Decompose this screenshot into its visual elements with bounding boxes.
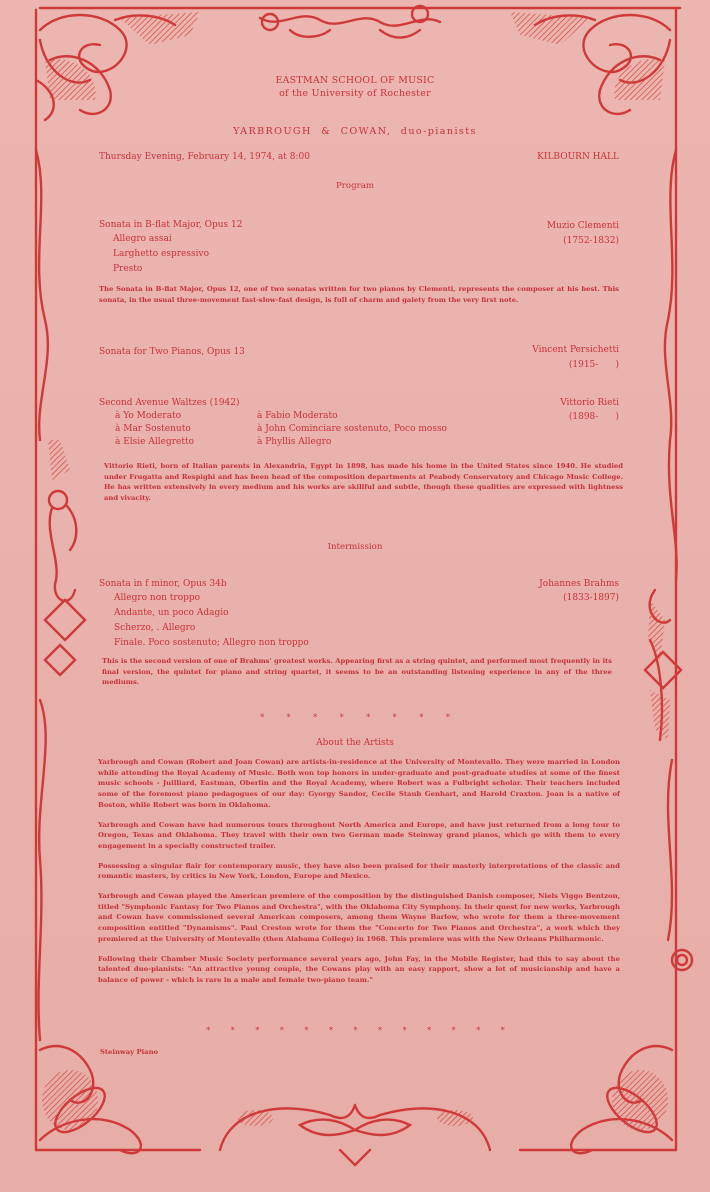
program-sheet: EASTMAN SCHOOL OF MUSIC of the Universit…	[0, 0, 710, 1192]
movement-list: Allegro non troppo Andante, un poco Adag…	[99, 591, 599, 651]
intermission-heading: Intermission	[0, 541, 710, 554]
work-title: Sonata in B-flat Major, Opus 12	[99, 219, 619, 232]
concert-title: YARBROUGH & COWAN, duo-pianists	[0, 125, 710, 138]
program-heading: Program	[0, 180, 710, 193]
movement-list: Allegro assai Larghetto espressivo Prest…	[99, 232, 619, 277]
composer-rieti: Vittorio Rieti (1898- )	[560, 396, 619, 424]
work-title-persichetti: Sonata for Two Pianos, Opus 13	[99, 346, 245, 359]
work-title: Second Avenue Waltzes (1942)	[99, 397, 579, 410]
movement: Larghetto espressivo	[113, 247, 619, 262]
program-note-rieti: Vittorio Rieti, born of Italian parents …	[104, 461, 623, 503]
bio-paragraph: Yarbrough and Cowan (Robert and Joan Cow…	[98, 757, 620, 811]
bio-paragraph: Following their Chamber Music Society pe…	[98, 954, 620, 986]
composer-name: Vittorio Rieti	[560, 396, 619, 410]
composer-name: Muzio Clementi	[547, 219, 619, 234]
work-rieti: Second Avenue Waltzes (1942) à Yo Modera…	[99, 397, 579, 449]
waltz: à Yo Moderato	[115, 410, 257, 423]
waltz: à John Cominciare sostenuto, Poco mosso	[257, 423, 497, 436]
movement: Scherzo, . Allegro	[114, 621, 599, 636]
separator-stars-bottom: * * * * * * * * * * * * *	[0, 1024, 710, 1037]
waltz: à Elsie Allegretto	[115, 436, 257, 449]
concert-venue: KILBOURN HALL	[537, 151, 619, 164]
composer-dates: (1915- )	[532, 358, 619, 373]
composer-clementi: Muzio Clementi (1752-1832)	[547, 219, 619, 249]
composer-dates: (1752-1832)	[547, 234, 619, 249]
bio-paragraph: Yarbrough and Cowan have had numerous to…	[98, 820, 620, 852]
movement: Allegro assai	[113, 232, 619, 247]
work-title: Sonata in f minor, Opus 34b	[99, 577, 599, 591]
footer-note: Steinway Piano	[100, 1046, 158, 1059]
bio-paragraph: Yarbrough and Cowan played the American …	[98, 891, 620, 945]
movement: Presto	[113, 262, 619, 277]
composer-dates: (1898- )	[560, 410, 619, 424]
movement: Andante, un poco Adagio	[114, 606, 599, 621]
waltz: à Fabio Moderato	[257, 410, 497, 423]
composer-name: Vincent Persichetti	[532, 343, 619, 358]
composer-name: Johannes Brahms	[539, 577, 619, 591]
waltz: à Phyllis Allegro	[257, 436, 497, 449]
composer-dates: (1833-1897)	[539, 591, 619, 605]
school-name: EASTMAN SCHOOL OF MUSIC	[0, 74, 710, 87]
program-content: EASTMAN SCHOOL OF MUSIC of the Universit…	[0, 0, 710, 1192]
composer-persichetti: Vincent Persichetti (1915- )	[532, 343, 619, 373]
about-heading: About the Artists	[0, 737, 710, 750]
waltz: à Mar Sostenuto	[115, 423, 257, 436]
movement: Finale. Poco sostenuto; Allegro non trop…	[114, 636, 599, 651]
about-artists: Yarbrough and Cowan (Robert and Joan Cow…	[98, 757, 620, 986]
separator-stars: * * * * * * * *	[0, 711, 710, 724]
concert-date: Thursday Evening, February 14, 1974, at …	[99, 151, 310, 164]
composer-brahms: Johannes Brahms (1833-1897)	[539, 577, 619, 605]
school-heading: EASTMAN SCHOOL OF MUSIC of the Universit…	[0, 74, 710, 100]
bio-paragraph: Possessing a singular flair for contempo…	[98, 861, 620, 882]
work-clementi: Sonata in B-flat Major, Opus 12 Allegro …	[99, 219, 619, 277]
program-note-clementi: The Sonata in B-flat Major, Opus 12, one…	[99, 284, 619, 305]
movement: Allegro non troppo	[114, 591, 599, 606]
waltz-list: à Yo Moderato à Fabio Moderato à Mar Sos…	[99, 410, 579, 449]
work-brahms: Sonata in f minor, Opus 34b Allegro non …	[99, 577, 599, 651]
program-note-brahms: This is the second version of one of Bra…	[102, 656, 612, 688]
school-affiliation: of the University of Rochester	[0, 87, 710, 100]
